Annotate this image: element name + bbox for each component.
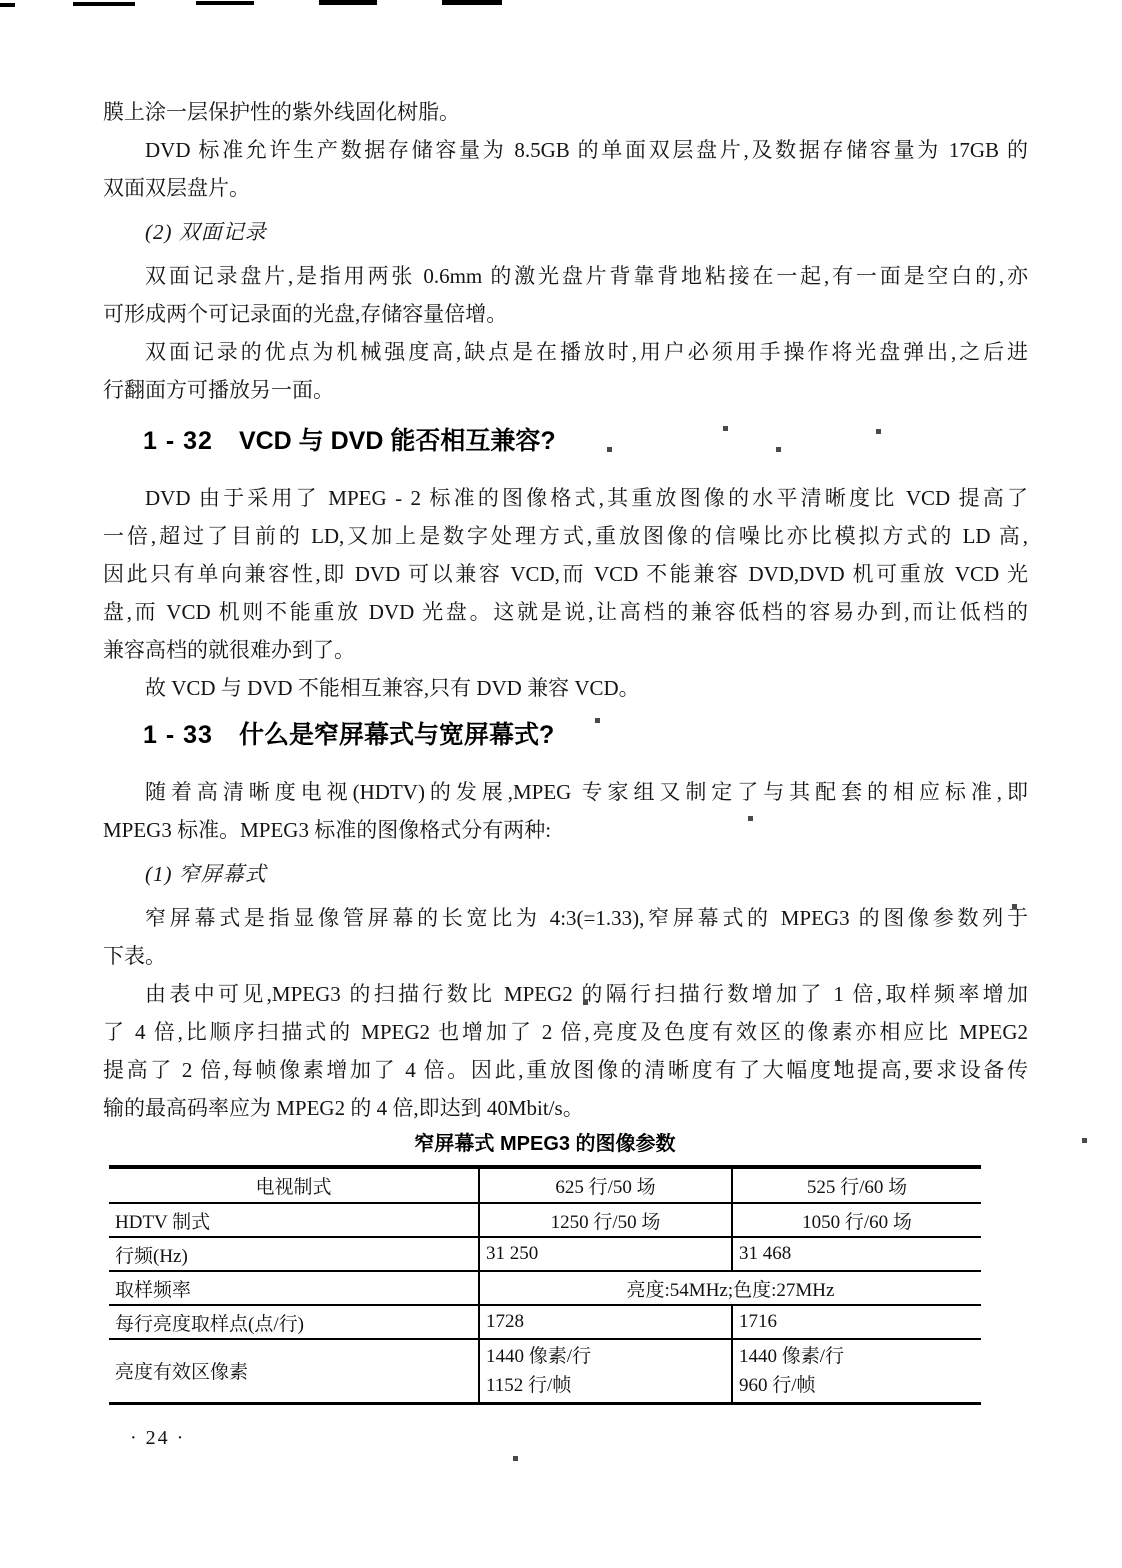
body-line: 故 VCD 与 DVD 不能相互兼容,只有 DVD 兼容 VCD。 — [103, 669, 1028, 707]
body-line: 可形成两个可记录面的光盘,存储容量倍增。 — [103, 295, 1028, 333]
scan-noise-specks — [0, 0, 3, 3]
paragraph-pros-cons: 双面记录的优点为机械强度高,缺点是在播放时,用户必须用手操作将光盘弹出,之后进 … — [103, 333, 1028, 409]
mpeg3-parameter-table: 电视制式 625 行/50 场 525 行/60 场 HDTV 制式 1250 … — [109, 1165, 981, 1405]
body-line: 双面记录盘片,是指用两张 0.6mm 的激光盘片背靠背地粘接在一起,有一面是空白… — [103, 257, 1028, 295]
body-line: 提高了 2 倍,每帧像素增加了 4 倍。因此,重放图像的清晰度有了大幅度地提高,… — [103, 1051, 1028, 1089]
body-line: 行翻面方可播放另一面。 — [103, 371, 1028, 409]
section-title: VCD 与 DVD 能否相互兼容? — [239, 427, 556, 455]
body-line: 双面双层盘片。 — [103, 169, 1028, 207]
cell-active-525: 1440 像素/行 960 行/帧 — [732, 1339, 981, 1403]
body-line: MPEG3 标准。MPEG3 标准的图像格式分有两种: — [103, 811, 1028, 849]
cell-active-625: 1440 像素/行 1152 行/帧 — [479, 1339, 732, 1403]
table-row-tv-standard: 电视制式 625 行/50 场 525 行/60 场 — [109, 1167, 981, 1203]
table-row-hdtv-standard: HDTV 制式 1250 行/50 场 1050 行/60 场 — [109, 1203, 981, 1237]
body-line: 下表。 — [103, 937, 1028, 975]
table-row-samples-per-line: 每行亮度取样点(点/行) 1728 1716 — [109, 1305, 981, 1339]
cell-line: 1152 行/帧 — [486, 1371, 725, 1400]
body-line: 了 4 倍,比顺序扫描式的 MPEG2 也增加了 2 倍,亮度及色度有效区的像素… — [103, 1013, 1028, 1051]
paragraph-compatibility: DVD 由于采用了 MPEG - 2 标准的图像格式,其重放图像的水平清晰度比 … — [103, 479, 1028, 669]
row-label: HDTV 制式 — [109, 1203, 479, 1237]
row-label: 每行亮度取样点(点/行) — [109, 1305, 479, 1339]
section-heading-1-33: 1 - 33什么是窄屏幕式与宽屏幕式? — [143, 717, 1028, 753]
scanned-document-page: 膜上涂一层保护性的紫外线固化树脂。 DVD 标准允许生产数据存储容量为 8.5G… — [0, 0, 1122, 1568]
cell-1716: 1716 — [732, 1305, 981, 1339]
body-line: 盘,而 VCD 机则不能重放 DVD 光盘。这就是说,让高档的兼容低档的容易办到… — [103, 593, 1028, 631]
section-number: 1 - 33 — [143, 721, 213, 749]
body-line: DVD 由于采用了 MPEG - 2 标准的图像格式,其重放图像的水平清晰度比 … — [103, 479, 1028, 517]
parameter-table-section: 窄屏幕式 MPEG3 的图像参数 电视制式 625 行/50 场 525 行/6… — [109, 1131, 981, 1405]
cell-1250: 1250 行/50 场 — [479, 1203, 732, 1237]
paragraph-double-sided: 双面记录盘片,是指用两张 0.6mm 的激光盘片背靠背地粘接在一起,有一面是空白… — [103, 257, 1028, 333]
table-title: 窄屏幕式 MPEG3 的图像参数 — [109, 1131, 981, 1157]
section-heading-1-32: 1 - 32VCD 与 DVD 能否相互兼容? — [143, 423, 1028, 459]
subheading-double-sided-recording: (2) 双面记录 — [145, 213, 1028, 251]
paragraph-conclusion: 故 VCD 与 DVD 不能相互兼容,只有 DVD 兼容 VCD。 — [103, 669, 1028, 707]
section-title: 什么是窄屏幕式与宽屏幕式? — [239, 721, 554, 749]
cell-1728: 1728 — [479, 1305, 732, 1339]
cell-line: 1440 像素/行 — [486, 1342, 725, 1371]
cell-line: 1440 像素/行 — [739, 1342, 975, 1371]
paragraph-coating: 膜上涂一层保护性的紫外线固化树脂。 — [103, 93, 1028, 131]
body-line: 一倍,超过了目前的 LD,又加上是数字处理方式,重放图像的信噪比亦比模拟方式的 … — [103, 517, 1028, 555]
page-number: · 24 · — [130, 1427, 1028, 1450]
section-number: 1 - 32 — [143, 427, 213, 455]
body-line: 由表中可见,MPEG3 的扫描行数比 MPEG2 的隔行扫描行数增加了 1 倍,… — [103, 975, 1028, 1013]
body-line: 窄屏幕式是指显像管屏幕的长宽比为 4:3(=1.33),窄屏幕式的 MPEG3 … — [103, 899, 1028, 937]
paragraph-dvd-capacity: DVD 标准允许生产数据存储容量为 8.5GB 的单面双层盘片,及数据存储容量为… — [103, 131, 1028, 207]
text-column: 膜上涂一层保护性的紫外线固化树脂。 DVD 标准允许生产数据存储容量为 8.5G… — [0, 0, 1122, 1450]
body-line: 因此只有单向兼容性,即 DVD 可以兼容 VCD,而 VCD 不能兼容 DVD,… — [103, 555, 1028, 593]
body-line: 兼容高档的就很难办到了。 — [103, 631, 1028, 669]
cell-625: 625 行/50 场 — [479, 1167, 732, 1203]
body-line: 双面记录的优点为机械强度高,缺点是在播放时,用户必须用手操作将光盘弹出,之后进 — [103, 333, 1028, 371]
cell-line: 960 行/帧 — [739, 1371, 975, 1400]
cell-sampling-merged: 亮度:54MHz;色度:27MHz — [479, 1271, 981, 1305]
body-line: DVD 标准允许生产数据存储容量为 8.5GB 的单面双层盘片,及数据存储容量为… — [103, 131, 1028, 169]
paragraph-aspect-ratio: 窄屏幕式是指显像管屏幕的长宽比为 4:3(=1.33),窄屏幕式的 MPEG3 … — [103, 899, 1028, 975]
paragraph-table-analysis: 由表中可见,MPEG3 的扫描行数比 MPEG2 的隔行扫描行数增加了 1 倍,… — [103, 975, 1028, 1127]
scan-artifact-dash — [319, 0, 377, 5]
body-line: 输的最高码率应为 MPEG2 的 4 倍,即达到 40Mbit/s。 — [103, 1089, 1028, 1127]
row-label: 行频(Hz) — [109, 1237, 479, 1271]
paragraph-hdtv-mpeg3: 随着高清晰度电视(HDTV)的发展,MPEG 专家组又制定了与其配套的相应标准,… — [103, 773, 1028, 849]
cell-31250: 31 250 — [479, 1237, 732, 1271]
cell-525: 525 行/60 场 — [732, 1167, 981, 1203]
cell-31468: 31 468 — [732, 1237, 981, 1271]
table-row-sampling-frequency: 取样频率 亮度:54MHz;色度:27MHz — [109, 1271, 981, 1305]
scan-artifact-dash — [442, 0, 502, 5]
row-label: 取样频率 — [109, 1271, 479, 1305]
scan-artifact-dash — [73, 2, 135, 6]
row-label: 电视制式 — [109, 1167, 479, 1203]
row-label: 亮度有效区像素 — [109, 1339, 479, 1403]
body-line: 膜上涂一层保护性的紫外线固化树脂。 — [103, 93, 1028, 131]
table-row-active-pixels: 亮度有效区像素 1440 像素/行 1152 行/帧 1440 像素/行 960… — [109, 1339, 981, 1403]
cell-1050: 1050 行/60 场 — [732, 1203, 981, 1237]
scan-artifact-dash — [0, 3, 15, 7]
subheading-narrow-screen: (1) 窄屏幕式 — [145, 855, 1028, 893]
scan-artifact-dash — [196, 1, 254, 5]
table-row-line-frequency: 行频(Hz) 31 250 31 468 — [109, 1237, 981, 1271]
body-line: 随着高清晰度电视(HDTV)的发展,MPEG 专家组又制定了与其配套的相应标准,… — [103, 773, 1028, 811]
